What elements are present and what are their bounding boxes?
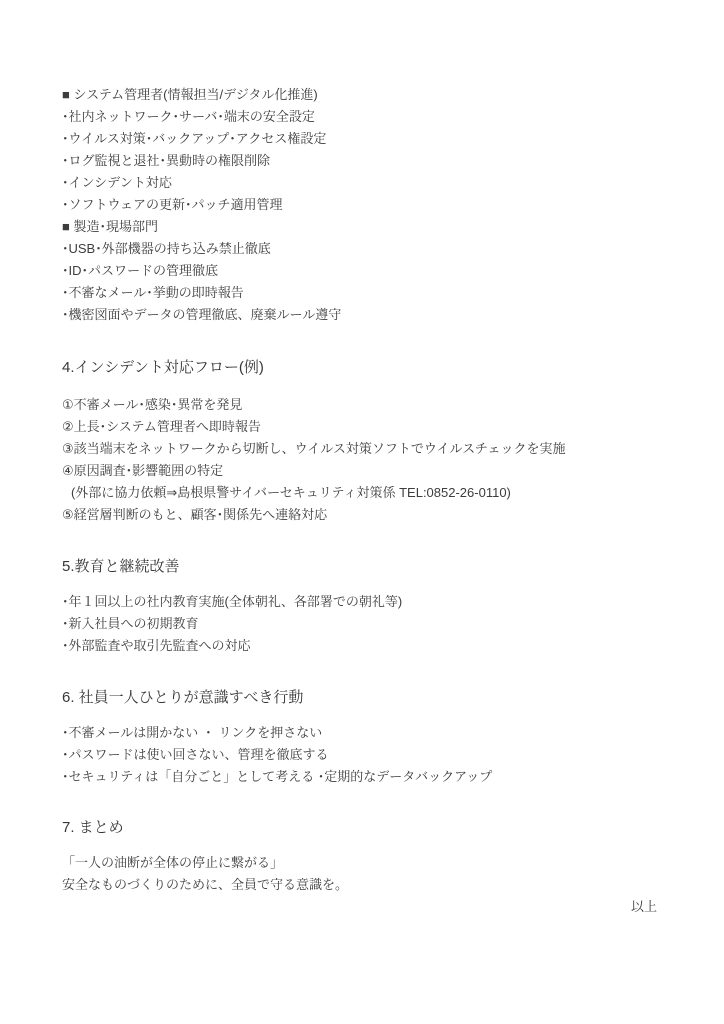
section-awareness: ･不審メールは開かない ・ リンクを押さない ･パスワードは使い回さない、管理を…	[62, 722, 684, 788]
doc-line: ･機密図面やデータの管理徹底、廃棄ルール遵守	[62, 304, 684, 326]
doc-line: ･セキュリティは「自分ごと」として考える ･定期的なデータバックアップ	[62, 766, 684, 788]
doc-line: ･年１回以上の社内教育実施(全体朝礼、各部署での朝礼等)	[62, 591, 684, 613]
section-roles: ■ システム管理者(情報担当/デジタル化推進) ･社内ネットワーク･サーバ･端末…	[62, 84, 684, 326]
section-6-heading: 6. 社員一人ひとりが意識すべき行動	[62, 687, 303, 709]
section-education: ･年１回以上の社内教育実施(全体朝礼、各部署での朝礼等) ･新入社員への初期教育…	[62, 591, 684, 657]
doc-line: ･ID･パスワードの管理徹底	[62, 260, 684, 282]
doc-line: ･ログ監視と退社･異動時の権限削除	[62, 150, 684, 172]
doc-line: ･不審なメール･挙動の即時報告	[62, 282, 684, 304]
roles-heading-manufacturing: ■ 製造･現場部門	[62, 216, 684, 238]
doc-line: 安全なものづくりのために、全員で守る意識を。	[62, 874, 684, 896]
doc-line: ⑤経営層判断のもと、顧客･関係先へ連絡対応	[62, 504, 684, 526]
doc-line: ･USB･外部機器の持ち込み禁止徹底	[62, 238, 684, 260]
section-5-heading: 5.教育と継続改善	[62, 556, 180, 578]
security-policy-document-page: ■ システム管理者(情報担当/デジタル化推進) ･社内ネットワーク･サーバ･端末…	[0, 0, 724, 1024]
doc-line-quote: 「一人の油断が全体の停止に繋がる」	[62, 852, 684, 874]
closing-mark: 以上	[631, 896, 657, 918]
doc-line: ･ソフトウェアの更新･パッチ適用管理	[62, 194, 684, 216]
doc-line: ･インシデント対応	[62, 172, 684, 194]
doc-line: ･ウイルス対策･バックアップ･アクセス権設定	[62, 128, 684, 150]
doc-line: ･パスワードは使い回さない、管理を徹底する	[62, 744, 684, 766]
doc-line: ④原因調査･影響範囲の特定	[62, 460, 684, 482]
doc-line: ･不審メールは開かない ・ リンクを押さない	[62, 722, 684, 744]
doc-line: ･新入社員への初期教育	[62, 613, 684, 635]
doc-line: ･外部監査や取引先監査への対応	[62, 635, 684, 657]
doc-line: ③該当端末をネットワークから切断し、ウイルス対策ソフトでウイルスチェックを実施	[62, 438, 684, 460]
doc-line-police-contact: (外部に協力依頼⇒島根県警サイバーセキュリティ対策係 TEL:0852-26-0…	[62, 482, 684, 504]
roles-heading-system-admin: ■ システム管理者(情報担当/デジタル化推進)	[62, 84, 684, 106]
doc-line: ･社内ネットワーク･サーバ･端末の安全設定	[62, 106, 684, 128]
doc-line: ①不審メール･感染･異常を発見	[62, 394, 684, 416]
section-incident-flow: ①不審メール･感染･異常を発見 ②上長･システム管理者へ即時報告 ③該当端末をネ…	[62, 394, 684, 526]
section-summary: 「一人の油断が全体の停止に繋がる」 安全なものづくりのために、全員で守る意識を。	[62, 852, 684, 896]
doc-line: ②上長･システム管理者へ即時報告	[62, 416, 684, 438]
section-7-heading: 7. まとめ	[62, 817, 124, 839]
section-4-heading: 4.インシデント対応フロー(例)	[62, 357, 264, 379]
